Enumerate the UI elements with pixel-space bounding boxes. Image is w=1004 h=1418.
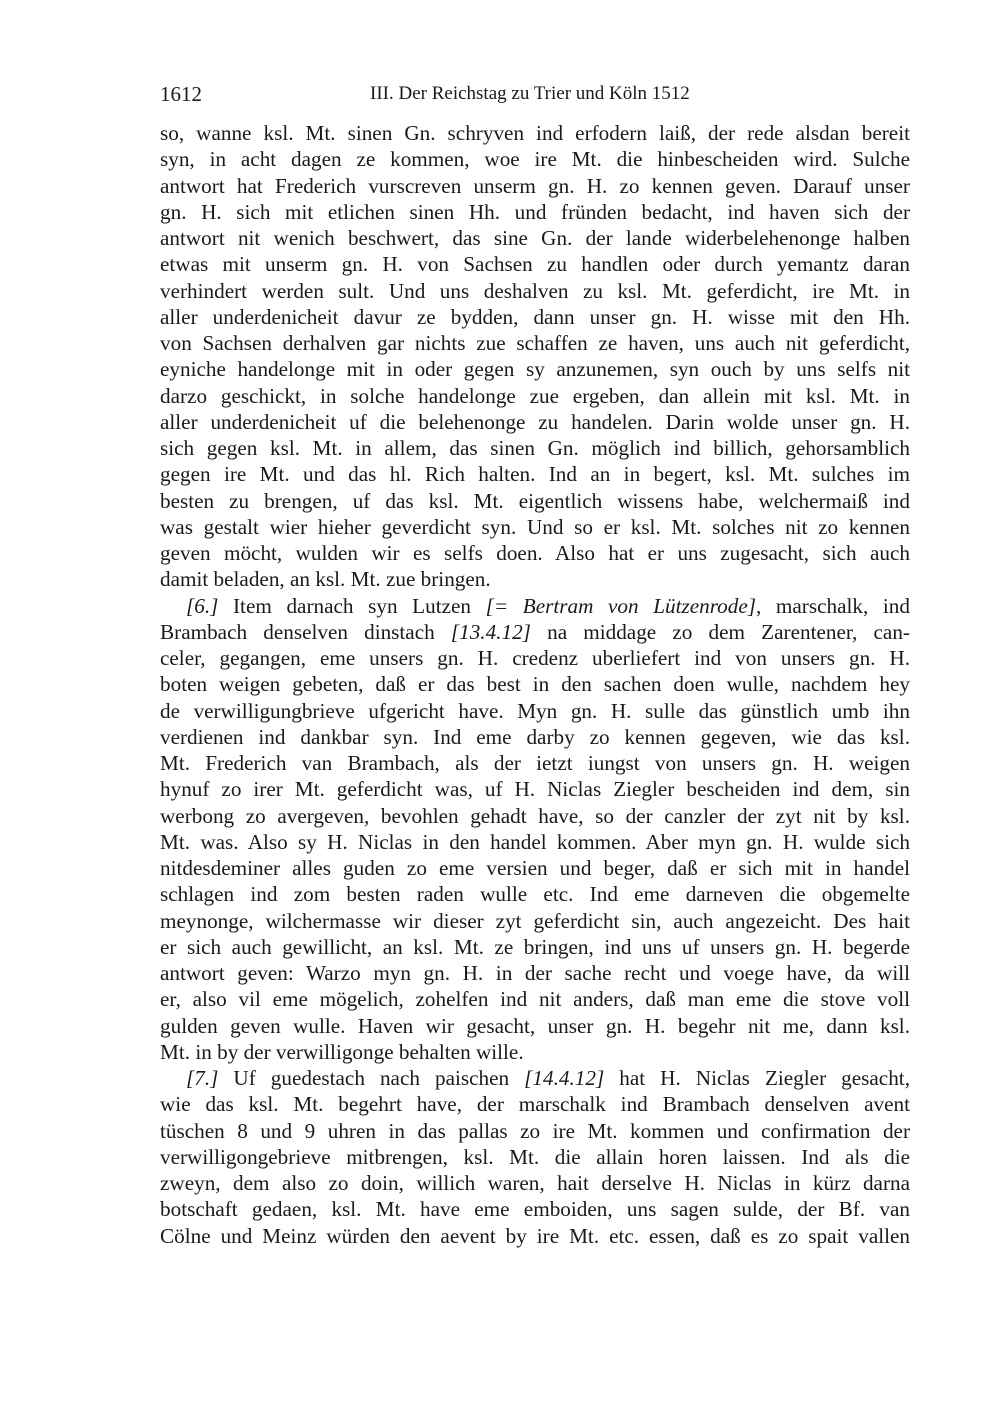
text-line: von Sachsen derhalven gar nichts zue sch… — [160, 330, 910, 356]
text-segment: besten zu brengen, uf das ksl. Mt. eigen… — [160, 489, 910, 513]
text-segment: etwas mit unserm gn. H. von Sachsen zu h… — [160, 252, 910, 276]
text-line: zweyn, dem also zo doin, willich waren, … — [160, 1170, 910, 1196]
text-line: gegen ire Mt. und das hl. Rich halten. I… — [160, 461, 910, 487]
text-segment: , marschalk, ind — [756, 594, 910, 618]
text-line: verhindert werden sult. Und uns deshalve… — [160, 278, 910, 304]
running-head: III. Der Reichstag zu Trier und Köln 151… — [370, 80, 690, 108]
text-line: meynonge, wilchermasse wir dieser zyt ge… — [160, 908, 910, 934]
text-line: nitdesdeminer alles guden zo eme versien… — [160, 855, 910, 881]
text-segment: Mt. in by der verwilligonge behalten wil… — [160, 1040, 524, 1064]
document-page: 1612 III. Der Reichstag zu Trier und Köl… — [0, 0, 1004, 1418]
text-line: de verwilligungbrieve ufgericht have. My… — [160, 698, 910, 724]
text-segment: botschaft gedaen, ksl. Mt. have eme embo… — [160, 1197, 910, 1221]
text-segment: er sich auch gewillicht, an ksl. Mt. ze … — [160, 935, 910, 959]
text-segment: gulden geven wulle. Haven wir gesacht, u… — [160, 1014, 910, 1038]
text-segment: damit beladen, an ksl. Mt. zue bringen. — [160, 567, 491, 591]
editorial-annotation: [13.4.12] — [451, 620, 531, 644]
editorial-annotation: [= Bertram von Lützenrode] — [486, 594, 756, 618]
text-segment: sich gegen ksl. Mt. in allem, das sinen … — [160, 436, 910, 460]
text-segment: na middage zo dem Zarentener, can- — [531, 620, 910, 644]
text-line: er sich auch gewillicht, an ksl. Mt. ze … — [160, 934, 910, 960]
text-segment: so, wanne ksl. Mt. sinen Gn. schryven in… — [160, 121, 910, 145]
text-segment: werbong zo avergeven, bevohlen gehadt ha… — [160, 804, 910, 828]
text-segment: antwort geven: Warzo myn gn. H. in der s… — [160, 961, 910, 985]
text-segment: geven möcht, wulden wir es selfs doen. A… — [160, 541, 910, 565]
text-segment: er, also vil eme mögelich, zohelfen ind … — [160, 987, 910, 1011]
text-segment: boten weigen gebeten, daß er das best in… — [160, 672, 910, 696]
editorial-annotation: [14.4.12] — [524, 1066, 604, 1090]
page-number: 1612 — [160, 80, 202, 108]
text-line: antwort nit wenich beschwert, das sine G… — [160, 225, 910, 251]
text-line: [6.] Item darnach syn Lutzen [= Bertram … — [160, 593, 910, 619]
body-text: so, wanne ksl. Mt. sinen Gn. schryven in… — [160, 120, 910, 1249]
text-segment: Mt. Frederich van Brambach, als der ietz… — [160, 751, 910, 775]
text-segment: hat H. Niclas Ziegler gesacht, — [604, 1066, 910, 1090]
text-segment: eyniche handelonge mit in oder gegen sy … — [160, 357, 910, 381]
text-segment: verhindert werden sult. Und uns deshalve… — [160, 279, 910, 303]
text-segment: verwilligongebrieve mitbrengen, ksl. Mt.… — [160, 1145, 910, 1169]
text-line: wie das ksl. Mt. begehrt have, der marsc… — [160, 1091, 910, 1117]
text-segment: wie das ksl. Mt. begehrt have, der marsc… — [160, 1092, 910, 1116]
text-line: tüschen 8 und 9 uhren in das pallas zo i… — [160, 1118, 910, 1144]
text-line: antwort geven: Warzo myn gn. H. in der s… — [160, 960, 910, 986]
text-line: verwilligongebrieve mitbrengen, ksl. Mt.… — [160, 1144, 910, 1170]
text-segment: Brambach denselven dinstach — [160, 620, 451, 644]
text-segment: darzo geschickt, in solche handelonge zu… — [160, 384, 910, 408]
text-line: aller underdenicheit uf die belehenonge … — [160, 409, 910, 435]
text-line: sich gegen ksl. Mt. in allem, das sinen … — [160, 435, 910, 461]
text-line: verdienen ind dankbar syn. Ind eme darby… — [160, 724, 910, 750]
text-segment: gegen ire Mt. und das hl. Rich halten. I… — [160, 462, 910, 486]
text-segment: antwort hat Frederich vurscreven unserm … — [160, 174, 910, 198]
text-line: gulden geven wulle. Haven wir gesacht, u… — [160, 1013, 910, 1039]
text-segment: tüschen 8 und 9 uhren in das pallas zo i… — [160, 1119, 910, 1143]
text-line: etwas mit unserm gn. H. von Sachsen zu h… — [160, 251, 910, 277]
text-segment: antwort nit wenich beschwert, das sine G… — [160, 226, 910, 250]
text-line: syn, in acht dagen ze kommen, woe ire Mt… — [160, 146, 910, 172]
text-segment: Uf guedestach nach paischen — [218, 1066, 524, 1090]
text-line: besten zu brengen, uf das ksl. Mt. eigen… — [160, 488, 910, 514]
text-line: Mt. in by der verwilligonge behalten wil… — [160, 1039, 910, 1065]
text-segment: de verwilligungbrieve ufgericht have. My… — [160, 699, 910, 723]
text-segment: Mt. was. Also sy H. Niclas in den handel… — [160, 830, 910, 854]
text-line: botschaft gedaen, ksl. Mt. have eme embo… — [160, 1196, 910, 1222]
text-line: Mt. Frederich van Brambach, als der ietz… — [160, 750, 910, 776]
editorial-annotation: [7.] — [186, 1066, 218, 1090]
text-segment: zweyn, dem also zo doin, willich waren, … — [160, 1171, 910, 1195]
text-line: celer, gegangen, eme unsers gn. H. crede… — [160, 645, 910, 671]
text-segment: schlagen ind zom besten raden wulle etc.… — [160, 882, 910, 906]
text-segment: celer, gegangen, eme unsers gn. H. crede… — [160, 646, 910, 670]
text-segment: was gestalt wier hieher geverdicht syn. … — [160, 515, 910, 539]
text-line: boten weigen gebeten, daß er das best in… — [160, 671, 910, 697]
editorial-annotation: [6.] — [186, 594, 218, 618]
text-line: antwort hat Frederich vurscreven unserm … — [160, 173, 910, 199]
text-segment: aller underdenicheit uf die belehenonge … — [160, 410, 910, 434]
text-line: darzo geschickt, in solche handelonge zu… — [160, 383, 910, 409]
text-line: er, also vil eme mögelich, zohelfen ind … — [160, 986, 910, 1012]
text-segment: von Sachsen derhalven gar nichts zue sch… — [160, 331, 910, 355]
text-segment: gn. H. sich mit etlichen sinen Hh. und f… — [160, 200, 910, 224]
text-line: damit beladen, an ksl. Mt. zue bringen. — [160, 566, 910, 592]
text-segment: nitdesdeminer alles guden zo eme versien… — [160, 856, 910, 880]
text-line: Brambach denselven dinstach [13.4.12] na… — [160, 619, 910, 645]
text-line: werbong zo avergeven, bevohlen gehadt ha… — [160, 803, 910, 829]
text-line: was gestalt wier hieher geverdicht syn. … — [160, 514, 910, 540]
text-line: gn. H. sich mit etlichen sinen Hh. und f… — [160, 199, 910, 225]
text-segment: syn, in acht dagen ze kommen, woe ire Mt… — [160, 147, 910, 171]
text-segment: aller underdenicheit davur ze bydden, da… — [160, 305, 910, 329]
text-line: [7.] Uf guedestach nach paischen [14.4.1… — [160, 1065, 910, 1091]
text-segment: meynonge, wilchermasse wir dieser zyt ge… — [160, 909, 910, 933]
text-line: eyniche handelonge mit in oder gegen sy … — [160, 356, 910, 382]
text-line: Cölne und Meinz würden den aevent by ire… — [160, 1223, 910, 1249]
text-segment: Item darnach syn Lutzen — [218, 594, 485, 618]
text-segment: hynuf zo irer Mt. geferdicht was, uf H. … — [160, 777, 910, 801]
text-line: so, wanne ksl. Mt. sinen Gn. schryven in… — [160, 120, 910, 146]
text-line: geven möcht, wulden wir es selfs doen. A… — [160, 540, 910, 566]
text-line: Mt. was. Also sy H. Niclas in den handel… — [160, 829, 910, 855]
text-segment: verdienen ind dankbar syn. Ind eme darby… — [160, 725, 910, 749]
page-header: 1612 III. Der Reichstag zu Trier und Köl… — [160, 80, 910, 108]
text-line: aller underdenicheit davur ze bydden, da… — [160, 304, 910, 330]
text-line: hynuf zo irer Mt. geferdicht was, uf H. … — [160, 776, 910, 802]
text-segment: Cölne und Meinz würden den aevent by ire… — [160, 1224, 910, 1248]
text-line: schlagen ind zom besten raden wulle etc.… — [160, 881, 910, 907]
